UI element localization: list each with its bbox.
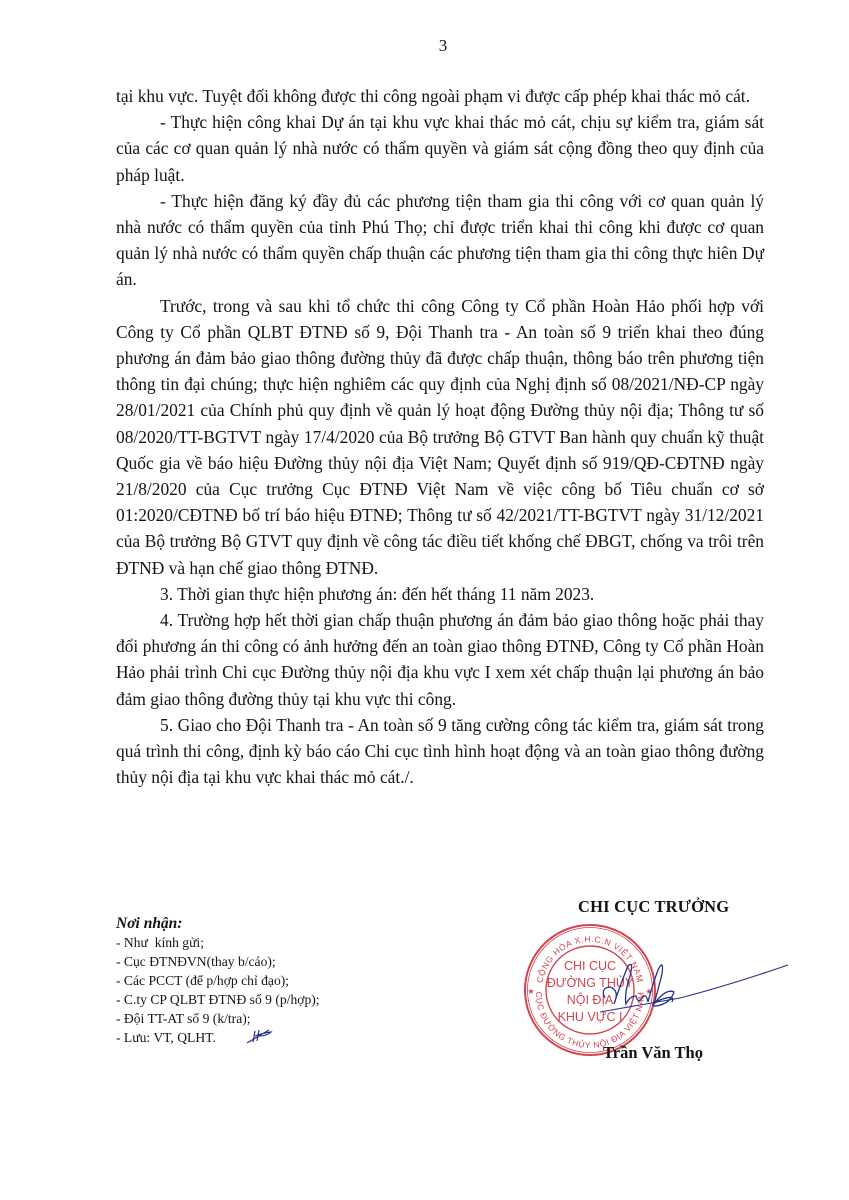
- paragraph-item-5-inspection: 5. Giao cho Đội Thanh tra - An toàn số 9…: [116, 712, 764, 791]
- recipient-item: - Lưu: VT, QLHT.: [116, 1029, 320, 1048]
- paragraph-item-3-duration: 3. Thời gian thực hiện phương án: đến hế…: [116, 581, 764, 607]
- svg-text:★: ★: [527, 987, 534, 996]
- paragraph-public-disclosure: - Thực hiện công khai Dự án tại khu vực …: [116, 109, 764, 188]
- document-body: tại khu vực. Tuyệt đối không được thi cô…: [116, 83, 764, 790]
- recipients-title: Nơi nhận:: [116, 914, 320, 934]
- recipient-item: - Đội TT-AT số 9 (k/tra);: [116, 1010, 320, 1029]
- recipients-block: Nơi nhận: - Như kính gửi; - Cục ĐTNĐVN(t…: [116, 914, 320, 1047]
- signer-name: Trần Văn Thọ: [603, 1043, 703, 1063]
- signer-position-title: CHI CỤC TRƯỞNG: [578, 897, 729, 917]
- recipient-item: - Các PCCT (để p/hợp chỉ đạo);: [116, 972, 320, 991]
- recipient-item: - Như kính gửi;: [116, 934, 320, 953]
- initial-mark-icon: [245, 1027, 275, 1045]
- recipient-item: - Cục ĐTNĐVN(thay b/cáo);: [116, 953, 320, 972]
- recipient-item: - C.ty CP QLBT ĐTNĐ số 9 (p/hợp);: [116, 991, 320, 1010]
- handwritten-signature-icon: [600, 960, 790, 1020]
- paragraph-coordination: Trước, trong và sau khi tổ chức thi công…: [116, 293, 764, 581]
- page-number: 3: [0, 36, 849, 56]
- paragraph-vehicle-registration: - Thực hiện đăng ký đầy đủ các phương ti…: [116, 188, 764, 293]
- paragraph-item-4-reapproval: 4. Trường hợp hết thời gian chấp thuận p…: [116, 607, 764, 712]
- paragraph-continuation: tại khu vực. Tuyệt đối không được thi cô…: [116, 83, 764, 109]
